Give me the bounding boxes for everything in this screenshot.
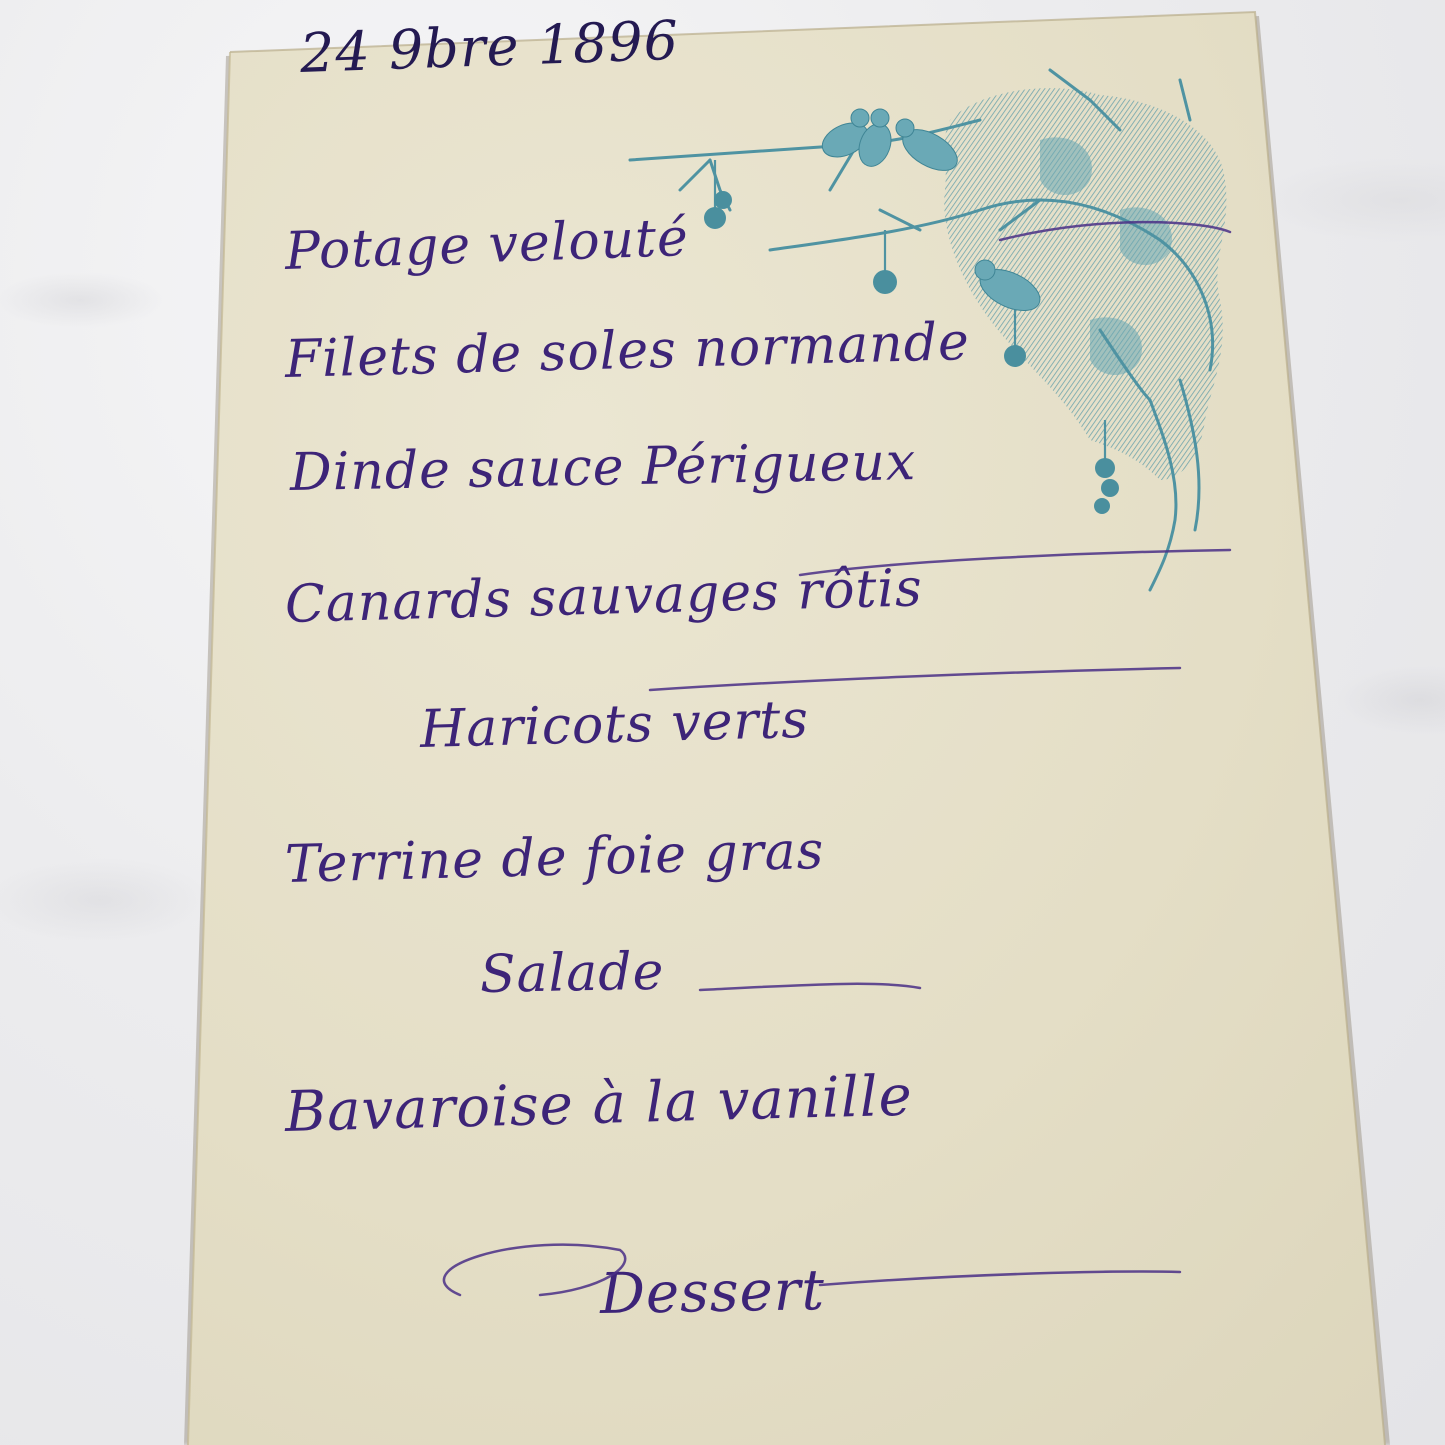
menu-item: Salade: [479, 942, 664, 1005]
menu-date: 24 9bre 1896: [299, 9, 680, 85]
menu-item: Dinde sauce Périgueux: [289, 432, 916, 503]
menu-item: Haricots verts: [419, 690, 809, 760]
menu-item: Dessert: [599, 1258, 825, 1327]
